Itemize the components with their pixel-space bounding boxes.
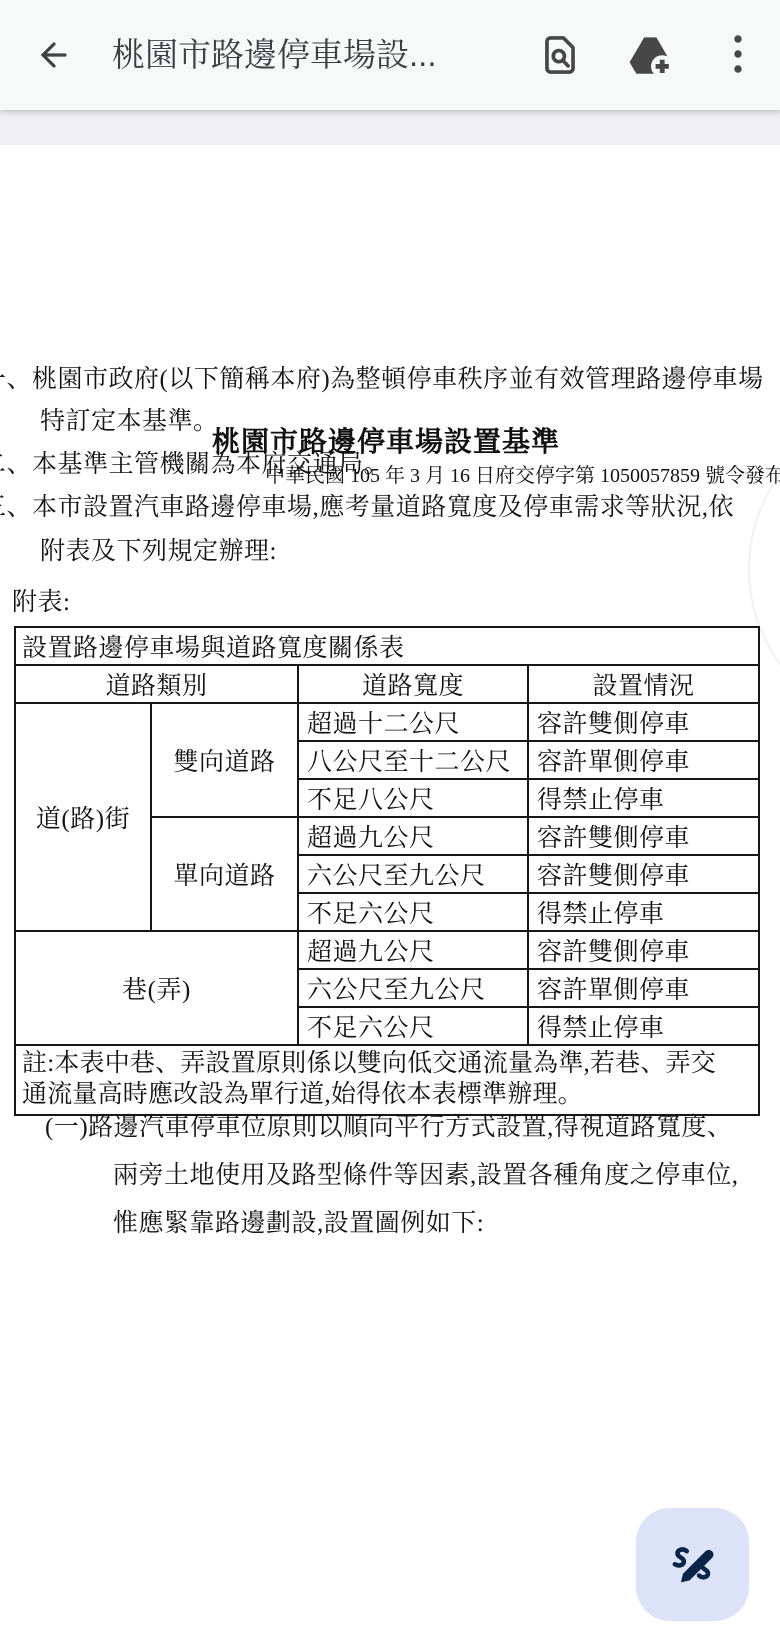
table-note-line-2: 通流量高時應改設為單行道,始得依本表標準辦理。 — [22, 1079, 754, 1110]
document-title-truncated: 桃園市路邊停車場設... — [112, 34, 437, 76]
cell-one-way: 單向道路 — [151, 817, 298, 931]
cell-rule: 容許雙側停車 — [528, 703, 759, 741]
cell-rule: 得禁止停車 — [528, 1007, 759, 1045]
drive-add-icon — [626, 67, 674, 82]
clause-3-line-1: 三、本市設置汽車路邊停車場,應考量道路寬度及停車需求等狀況,依 — [0, 491, 734, 525]
cell-width: 不足六公尺 — [298, 893, 528, 931]
cell-width: 不足六公尺 — [298, 1007, 528, 1045]
cell-rule: 容許雙側停車 — [528, 855, 759, 893]
cell-category-lane: 巷(弄) — [15, 931, 298, 1045]
cell-rule: 容許雙側停車 — [528, 817, 759, 855]
table-row: 巷(弄) 超過九公尺 容許雙側停車 — [15, 931, 759, 969]
cell-rule: 得禁止停車 — [528, 893, 759, 931]
cell-rule: 容許雙側停車 — [528, 931, 759, 969]
annotate-fab[interactable] — [636, 1508, 749, 1621]
header-road-width: 道路寬度 — [298, 665, 528, 703]
item-one-line-2: 兩旁土地使用及路型條件等因素,設置各種角度之停車位, — [113, 1159, 739, 1193]
back-button[interactable] — [32, 35, 72, 75]
table-note: 註:本表中巷、弄設置原則係以雙向低交通流量為準,若巷、弄交 通流量高時應改設為單… — [15, 1045, 759, 1115]
cell-width: 六公尺至九公尺 — [298, 969, 528, 1007]
cell-width: 六公尺至九公尺 — [298, 855, 528, 893]
cell-rule: 容許單側停車 — [528, 969, 759, 1007]
clause-3-line-2: 附表及下列規定辦理: — [40, 535, 277, 569]
arrow-left-icon — [32, 63, 72, 78]
stylus-note-icon — [664, 1534, 722, 1595]
cell-width: 超過十二公尺 — [298, 703, 528, 741]
table-caption: 設置路邊停車場與道路寬度關係表 — [15, 627, 759, 665]
more-vertical-icon — [729, 65, 747, 80]
viewer-background-strip — [0, 110, 780, 145]
cell-width: 超過九公尺 — [298, 931, 528, 969]
header-road-category: 道路類別 — [15, 665, 298, 703]
add-to-drive-button[interactable] — [626, 31, 674, 79]
road-width-parking-table: 設置路邊停車場與道路寬度關係表 道路類別 道路寬度 設置情況 道(路)街 雙向道… — [14, 626, 760, 1116]
cell-width: 超過九公尺 — [298, 817, 528, 855]
pdf-page[interactable]: 桃園市路邊停車場設置基準 中華民國 105 年 3 月 16 日府交停字第 10… — [0, 145, 780, 1651]
find-in-document-button[interactable] — [537, 31, 583, 79]
header-situation: 設置情況 — [528, 665, 759, 703]
clause-1-line-2: 特訂定本基準。 — [40, 405, 219, 439]
cell-width: 八公尺至十二公尺 — [298, 741, 528, 779]
clause-2: 二、本基準主管機關為本府交通局。 — [0, 448, 389, 482]
item-one-line-3: 惟應緊靠路邊劃設,設置圖例如下: — [113, 1207, 484, 1241]
cell-width: 不足八公尺 — [298, 779, 528, 817]
table-row: 道(路)街 雙向道路 超過十二公尺 容許雙側停車 — [15, 703, 759, 741]
cell-two-way: 雙向道路 — [151, 703, 298, 817]
cell-rule: 得禁止停車 — [528, 779, 759, 817]
pdf-viewer-screen: 桃園市路邊停車場設... — [0, 0, 780, 1651]
table-note-line-1: 註:本表中巷、弄設置原則係以雙向低交通流量為準,若巷、弄交 — [22, 1048, 754, 1079]
clause-1-line-1: 一、桃園市政府(以下簡稱本府)為整頓停車秩序並有效管理路邊停車場 — [0, 363, 764, 397]
item-one-line-1: (一)路邊汽車停車位原則以順向平行方式設置,得視道路寬度、 — [45, 1111, 732, 1145]
cell-category-street: 道(路)街 — [15, 703, 151, 931]
app-bar: 桃園市路邊停車場設... — [0, 0, 780, 110]
cell-rule: 容許單側停車 — [528, 741, 759, 779]
appendix-label: 附表: — [12, 586, 70, 620]
overflow-menu-button[interactable] — [729, 33, 747, 77]
find-in-page-icon — [537, 67, 583, 82]
